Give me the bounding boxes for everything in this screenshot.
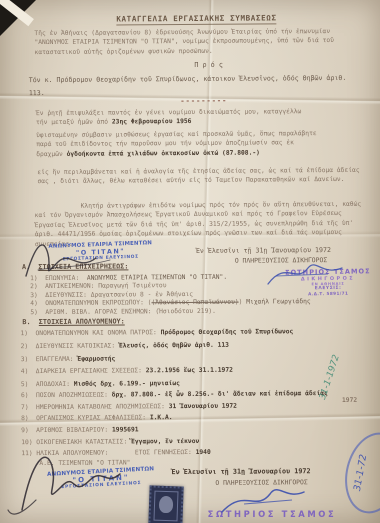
compensation-amount: ὀγδοήκοντα ἑπτά χιλιάδων ὀκτακοσίων ὀκτώ…: [67, 149, 260, 157]
scanned-document-page: ΚΑΤΑΓΓΕΛΙΑ ΕΡΓΑΣΙΑΚΗΣ ΣΥΜΒΑΣΕΩΣ Τῆς ἐν Ἀ…: [0, 0, 380, 523]
struck-name: (Ἀθανάσιος Παπαϊωάννου): [151, 299, 238, 307]
body-line: δραχμῶν ὀγδοήκοντα ἑπτά χιλιάδων ὀκτακοσ…: [36, 147, 372, 159]
section-b-row: 9)ΑΡΙΘΜΟΣ ΒΙΒΛΙΑΡΙΟΥ: 1995691: [21, 426, 138, 434]
termination-start-date: 23ης Φεβρουαρίου 1956: [112, 118, 192, 126]
section-b-row: 7)ΗΜΕΡΟΜΗΝΙΑ ΚΑΤΑΒΟΛΗΣ ΑΠΟΖΗΜΙΩΣΕΩΣ: 31 …: [21, 402, 237, 411]
section-b-row: 6)ΠΟΣΟΝ ΑΠΟΖΗΜΙΩΣΕΩΣ: δρχ. 87.808.- ἐξ ὧ…: [21, 390, 328, 399]
signature-blue-mid: [262, 258, 352, 292]
body-line: τήν μεταξύ ἡμῶν ἀπό 23ης Φεβρουαρίου 195…: [36, 116, 372, 128]
intro-paragraph: Τῆς ἐν Ἀθήναις (Δραγατσανίου 8) ἑδρευούσ…: [34, 27, 366, 58]
body-paragraph-1: Ἐν ῥητῇ ἐπιφυλάξει παντός ἐν γένει νομίμ…: [36, 107, 372, 159]
revenue-stamp: [148, 485, 183, 523]
section-a-row: 3)ΔΙΕΥΘΥΝΣΙΣ: Δραγατσανίου 8 - ἐν Ἀθήναι…: [30, 290, 193, 298]
section-a-row: 5)ΑΡΙΘΜ. ΒΙΒΛ. ΑΓΟΡΑΣ ΕΝΣΗΜΩΝ: (Ἡσιοδότο…: [30, 307, 216, 315]
section-b-row: 4)ΔΙΑΡΚΕΙΑ ΕΡΓΑΣΙΑΚΗΣ ΣΧΕΣΕΩΣ: 23.2.1956…: [21, 367, 233, 375]
separator-dashes: ---------: [159, 97, 249, 106]
revenue-stamp-portrait: [159, 496, 174, 513]
pros-line: Π ρ ό ς: [149, 60, 269, 70]
section-b-heading: Β. ΣΤΟΙΧΕΙΑ ΑΠΟΛΥΟΜΕΝΟΥ:: [22, 317, 124, 326]
signature-blue-bottom: [214, 484, 310, 520]
date-place-line: Ἐν Ἐλευσῖνι τῇ 31ῃ Ἰανουαρίου 1972: [196, 246, 376, 257]
signature-black-mid: [18, 232, 128, 284]
body-paragraph-2: εἰς ἥν περιλαμβάνεται καί ἡ ἀναλογία τῆς…: [37, 166, 367, 187]
section-b-row: 5)ΑΠΟΔΟΧΑΙ: Μισθός δρχ. 6.199.- μηνιαίως: [21, 380, 180, 388]
section-b-row: 3)ΕΠΑΓΓΕΛΜΑ: Ἐφαρμοστής: [21, 355, 116, 363]
addressee-paragraph: Τόν κ. Πρόδρομον Θεοχαρίδην τοῦ Σπυρίδων…: [29, 72, 361, 100]
footer-date-place-line: Ἐν Ἐλευσῖνι τῇ 31ῃ Ἰανουαρίου 1972: [171, 467, 361, 478]
section-b-row: 2)ΔΙΕΥΘΥΝΣΙΣ ΚΑΤΟΙΚΙΑΣ: Ἐλευσίς, ὁδός Θη…: [21, 342, 229, 350]
section-a-row: 4)ΟΝΟΜΑΤΕΠΩΝΥΜΟΝ ΕΚΠΡΟΣΩΠΟΥ: ((Ἀθανάσιος…: [30, 298, 310, 307]
section-b-row: 8)ΟΡΓΑΝΙΣΜΟΣ ΚΥΡΙΑΣ ΑΣΦΑΛΙΣΕΩΣ: Ι.Κ.Α.: [21, 414, 173, 422]
signature-black-bottom: [2, 440, 142, 522]
section-b-row: 1)ΟΝΟΜΑΤΕΠΩΝΥΜΟΝ ΚΑΙ ΟΝΟΜΑ ΠΑΤΡΟΣ: Πρόδρ…: [20, 328, 293, 337]
document-title: ΚΑΤΑΓΓΕΛΙΑ ΕΡΓΑΣΙΑΚΗΣ ΣΥΜΒΑΣΕΩΣ: [116, 13, 276, 25]
section-b-row-wrap: 1972: [342, 397, 357, 404]
